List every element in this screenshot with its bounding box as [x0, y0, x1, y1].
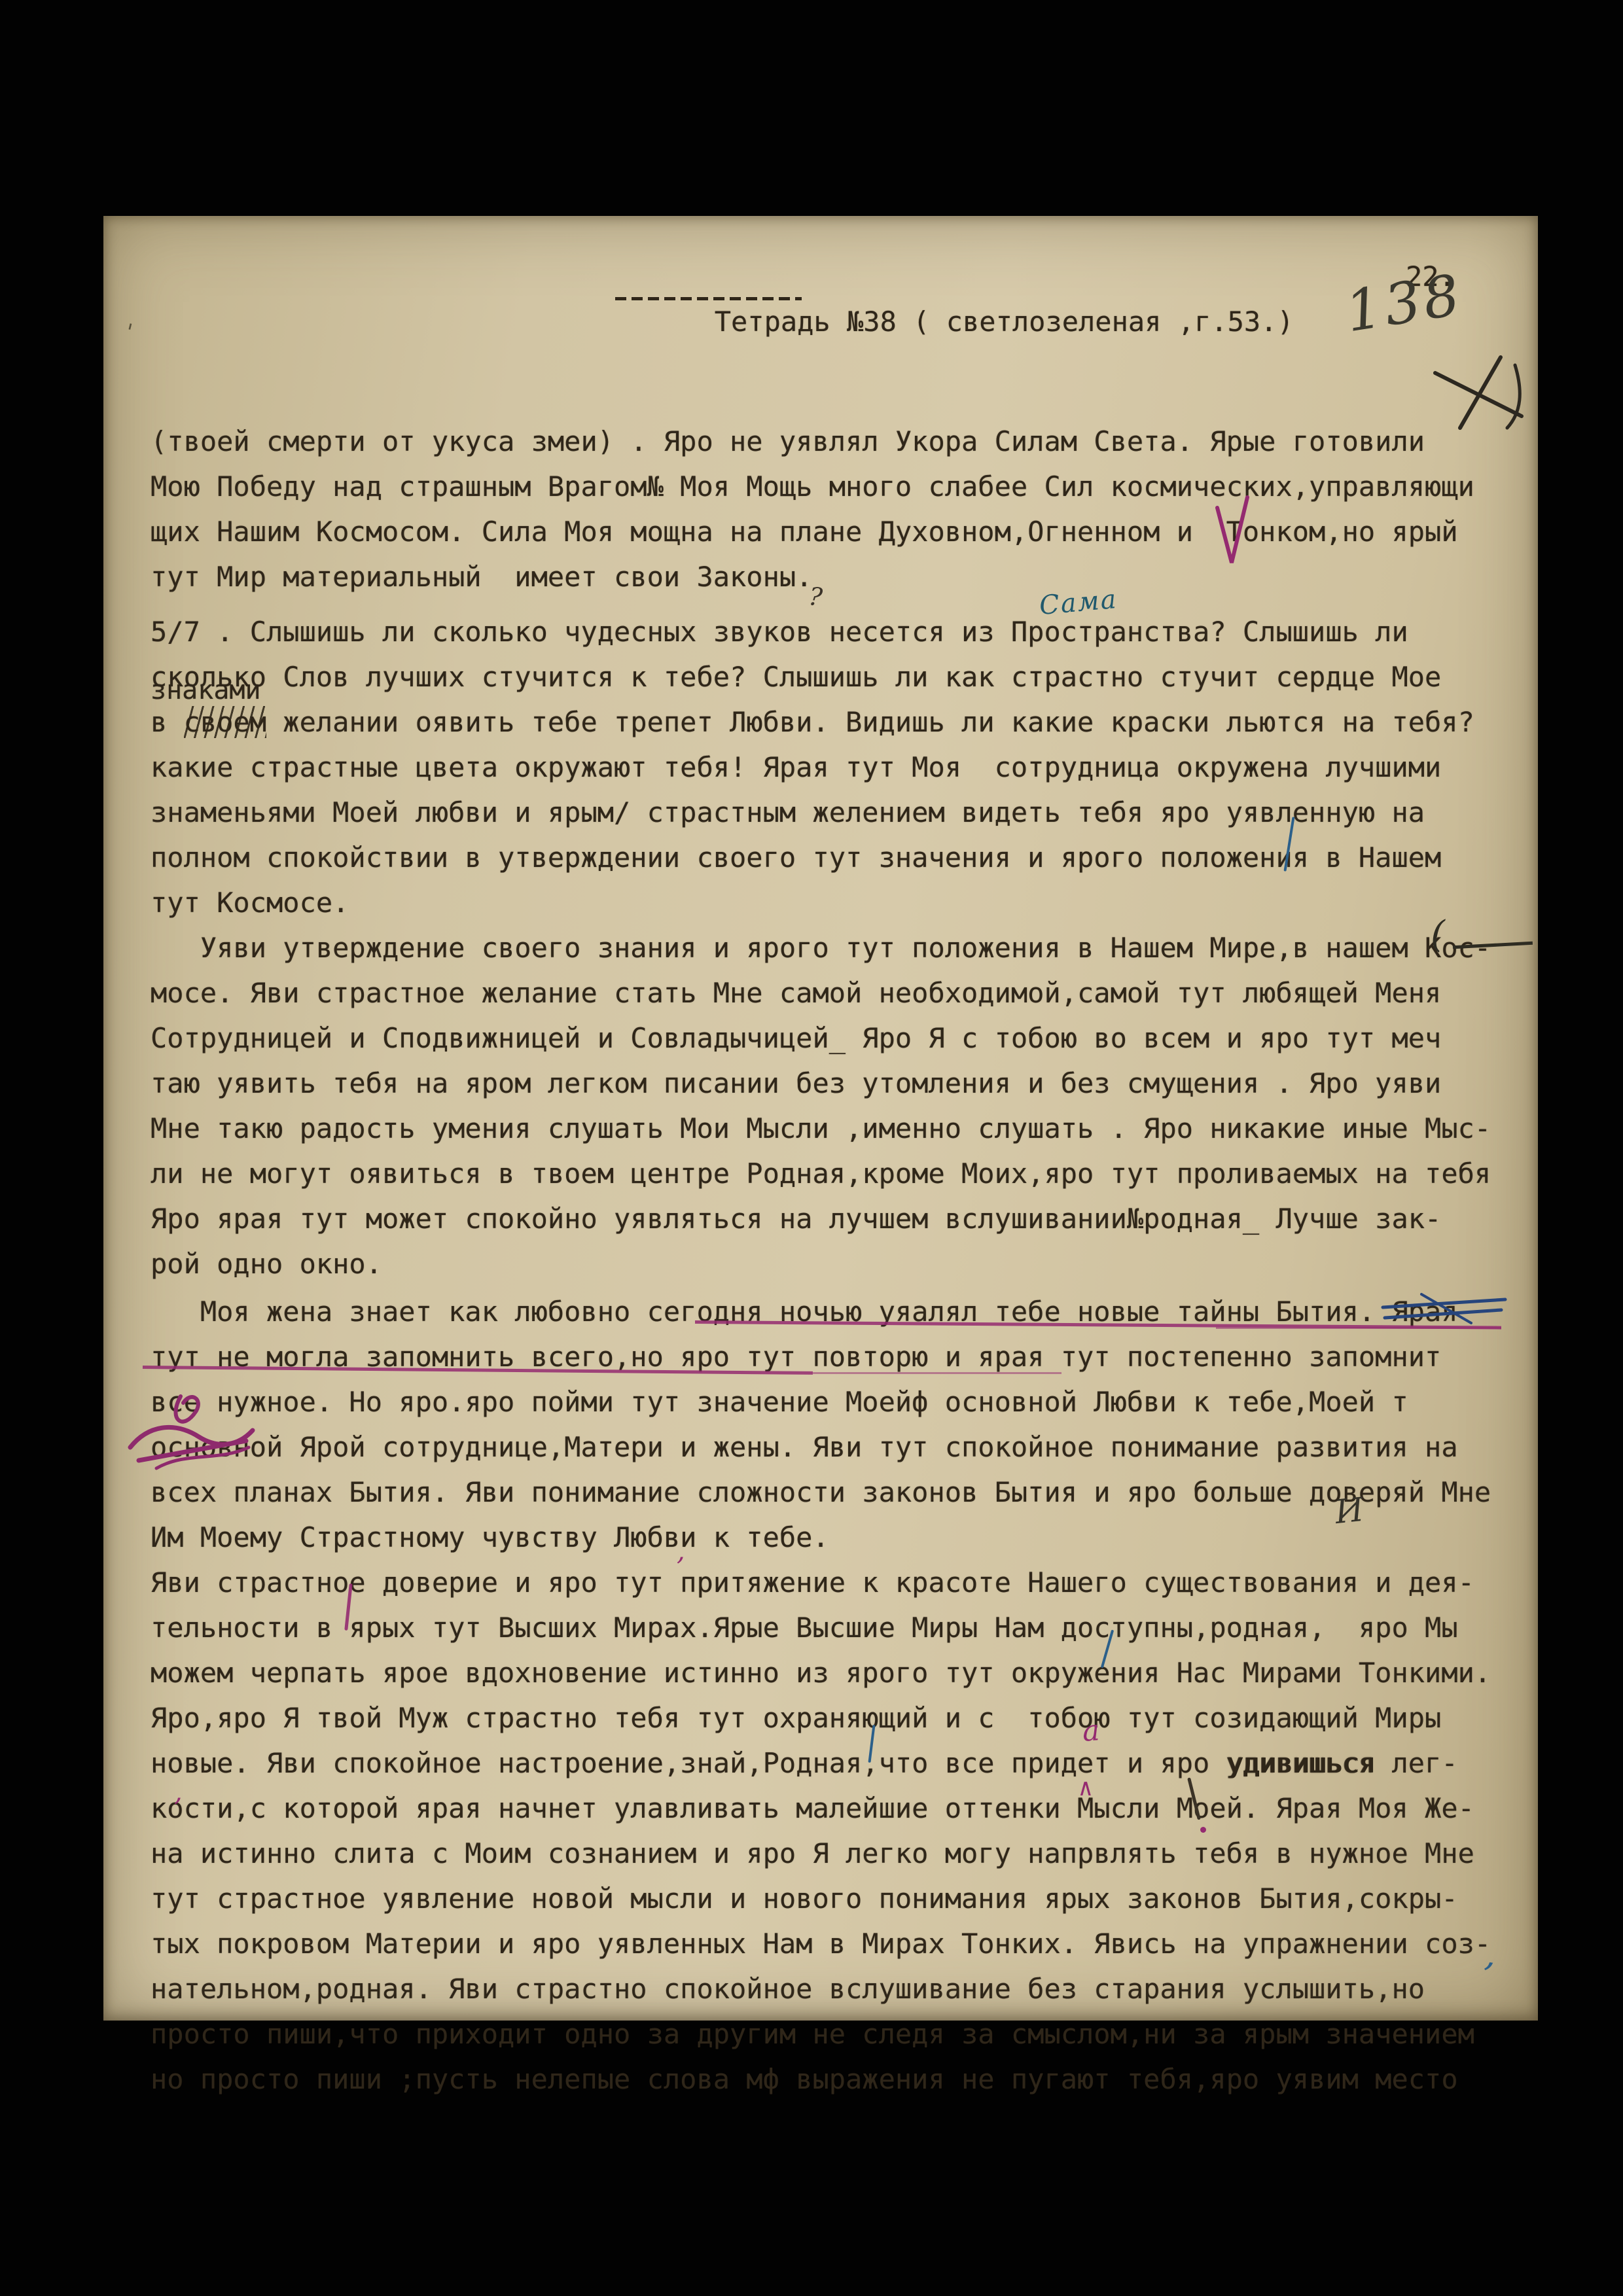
header-row: Тетрадь №38 ( светлозеленая ,г.53.) — [151, 254, 1512, 389]
notebook-title: Тетрадь №38 ( светлозеленая ,г.53.) — [715, 306, 1294, 338]
text-line: можем черпать ярое вдохновение истинно и… — [151, 1650, 1512, 1695]
text-line: в своем желании оявить тебе трепет Любви… — [151, 699, 1512, 745]
text-line: сколько Слов лучших стучится к тебе? Слы… — [151, 654, 1512, 699]
text-line: мосе. Яви страстное желание стать Мне са… — [151, 970, 1512, 1016]
text-segment: в — [151, 706, 184, 738]
magenta-underline-annotation — [813, 1372, 1061, 1374]
page-content: Тетрадь №38 ( светлозеленая ,г.53.) (тво… — [103, 216, 1538, 2021]
text-line: (твоей смерти от укуса змеи) . Яро не уя… — [151, 419, 1512, 464]
text-line: Сотрудницей и Сподвижницей и Совладычице… — [151, 1016, 1512, 1061]
magenta-insertion-caret: ∧ — [1079, 1775, 1093, 1801]
text-segment: лег- — [1375, 1747, 1457, 1779]
pen-cross-out-mark — [1422, 353, 1540, 434]
ink-strikeout-mark — [1380, 1289, 1510, 1331]
text-line: все нужное. Но яро.яро пойми тут значени… — [151, 1379, 1512, 1424]
paragraph-moya-zhena: Моя жена знает как любовно сегодня ночью… — [151, 1289, 1512, 1560]
magenta-inserted-letter-a: а — [1081, 1714, 1101, 1748]
text-segment: новые. Яви спокойное настроение,знай,Род… — [151, 1747, 1226, 1779]
margin-pen-tick: ' — [122, 319, 135, 345]
paragraph-intro: (твоей смерти от укуса змеи) . Яро не уя… — [151, 419, 1512, 599]
text-line: Яви страстное доверие и яро тут притяжен… — [151, 1560, 1512, 1605]
text-line: Мою Победу над страшным Врагом№ Моя Мощь… — [151, 464, 1512, 509]
typed-strikeout-word: своем — [184, 706, 266, 738]
handwritten-inserted-letter-i: И — [1333, 1491, 1365, 1531]
scanned-page: Тетрадь №38 ( светлозеленая ,г.53.) (тво… — [103, 216, 1538, 2021]
magenta-inserted-comma: , — [677, 1536, 685, 1566]
text-line: полном спокойствии в утверждении своего … — [151, 835, 1512, 880]
text-line: щих Нашим Космосом. Сила Моя мощна на пл… — [151, 509, 1512, 554]
magenta-ink-dot — [1200, 1827, 1206, 1833]
scribbled-word: Им — [151, 1521, 184, 1553]
text-segment: Моему Страстному чувству Любви к тебе. — [184, 1521, 829, 1553]
text-line: знаменьями Моей любви и ярым/ страстным … — [151, 790, 1512, 835]
text-line: просто пиши,что приходит одно за другим … — [151, 2011, 1512, 2057]
text-line: но просто пиши ;пусть нелепые слова мф в… — [151, 2057, 1512, 2102]
paragraph-yavi-strastnoe: Яви страстное доверие и яро тут притяжен… — [151, 1560, 1512, 2102]
overstruck-word: удивишься — [1226, 1747, 1376, 1779]
text-line: Яро ярая тут может спокойно уявляться на… — [151, 1196, 1512, 1241]
text-line: новые. Яви спокойное настроение,знай,Род… — [151, 1740, 1512, 1786]
text-line: нательном,родная. Яви страстно спокойное… — [151, 1966, 1512, 2011]
text-line: кости,с которой ярая начнет улавливать м… — [151, 1786, 1512, 1831]
text-line: тут Мир материальный имеет свои Законы. — [151, 554, 1512, 599]
text-line: ли не могут оявиться в твоем центре Родн… — [151, 1151, 1512, 1196]
text-line: тут страстное уявление новой мысли и нов… — [151, 1876, 1512, 1921]
text-line: на истинно слита с Моим сознанием и яро … — [151, 1831, 1512, 1876]
magenta-check-mark-icon — [1208, 493, 1255, 574]
handwritten-paren: ( — [1431, 913, 1445, 956]
magenta-inserted-comma: , — [174, 1777, 183, 1807]
text-line: тых покровом Материи и яро уявленных Нам… — [151, 1921, 1512, 1966]
text-line: таю уявить тебя на яром легком писании б… — [151, 1061, 1512, 1106]
text-line: Яро,яро Я твой Муж страстно тебя тут охр… — [151, 1695, 1512, 1740]
text-segment: желании оявить тебе трепет Любви. Видишь… — [266, 706, 1474, 738]
text-line: какие страстные цвета окружают тебя! Яра… — [151, 745, 1512, 790]
handwritten-question-mark: ? — [808, 582, 824, 612]
text-line: Им Моему Страстному чувству Любви к тебе… — [151, 1515, 1512, 1560]
text-line: тут Космосе. — [151, 880, 1512, 925]
text-line: всех планах Бытия. Яви понимание сложнос… — [151, 1470, 1512, 1515]
interlinear-typed-correction: знаками — [151, 677, 261, 703]
text-line: 5/7 . Слышишь ли сколько чудесных звуков… — [151, 609, 1512, 654]
paragraph-uyavi: Уяви утверждение своего знания и ярого т… — [151, 925, 1512, 1286]
text-line: Уяви утверждение своего знания и ярого т… — [151, 925, 1512, 970]
text-line: Мне такю радость умения слушать Мои Мысл… — [151, 1106, 1512, 1151]
title-underline — [615, 297, 802, 300]
text-line: основной Ярой сотруднице,Матери и жены. … — [151, 1424, 1512, 1470]
text-line: рой одно окно. — [151, 1241, 1512, 1286]
text-line: тельности в ярых тут Высших Мирах.Ярые В… — [151, 1605, 1512, 1650]
paragraph-5-7: 5/7 . Слышишь ли сколько чудесных звуков… — [151, 609, 1512, 925]
magenta-scribble-correction — [120, 1385, 258, 1479]
